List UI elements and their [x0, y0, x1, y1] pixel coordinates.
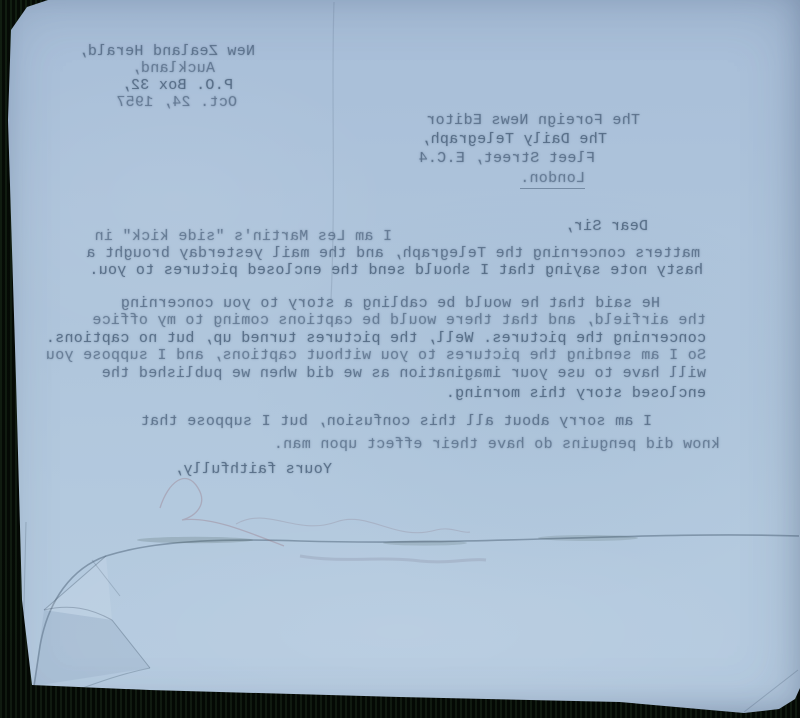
body-line: hasty note saying that I should send the… [89, 262, 703, 279]
body-line: So I am sending the pictures to you with… [46, 347, 706, 364]
body-line: know did penguins do have their effect u… [274, 436, 720, 453]
body-line: the airfield, and that there would be ca… [92, 312, 706, 329]
body-line: I am sorry about all this confusion, but… [140, 413, 652, 430]
body-line: I am Les Martin's "side kick" in [94, 228, 392, 245]
body-line: matters concerning the Telegraph, and th… [86, 245, 700, 262]
sender-line: Oct. 24, 1957 [116, 94, 237, 111]
sender-line: P.O. Box 32, [121, 77, 233, 94]
closing-line: Yours faithfully, [174, 461, 332, 478]
recipient-line: The Foreign News Editor [426, 112, 640, 129]
mirrored-letter-content: New Zealand Herald,Auckland,P.O. Box 32,… [0, 0, 800, 718]
salutation: Dear Sir, [564, 218, 648, 235]
recipient-line: The Daily Telegraph, [421, 131, 607, 148]
archival-photo: New Zealand Herald,Auckland,P.O. Box 32,… [0, 0, 800, 718]
body-line: He said that he would be cabling a story… [121, 295, 660, 312]
sender-line: Auckland, [131, 60, 215, 77]
sender-line: New Zealand Herald, [78, 43, 255, 60]
body-line: enclosed story this morning. [446, 385, 706, 402]
body-line: will have to use your imagination as we … [101, 365, 706, 382]
body-line: concerning the pictures. Well, the pictu… [46, 330, 706, 347]
recipient-line: Fleet Street, E.C.4 [418, 150, 595, 167]
recipient-line: London. [520, 170, 585, 189]
letter-paper: New Zealand Herald,Auckland,P.O. Box 32,… [0, 0, 800, 718]
